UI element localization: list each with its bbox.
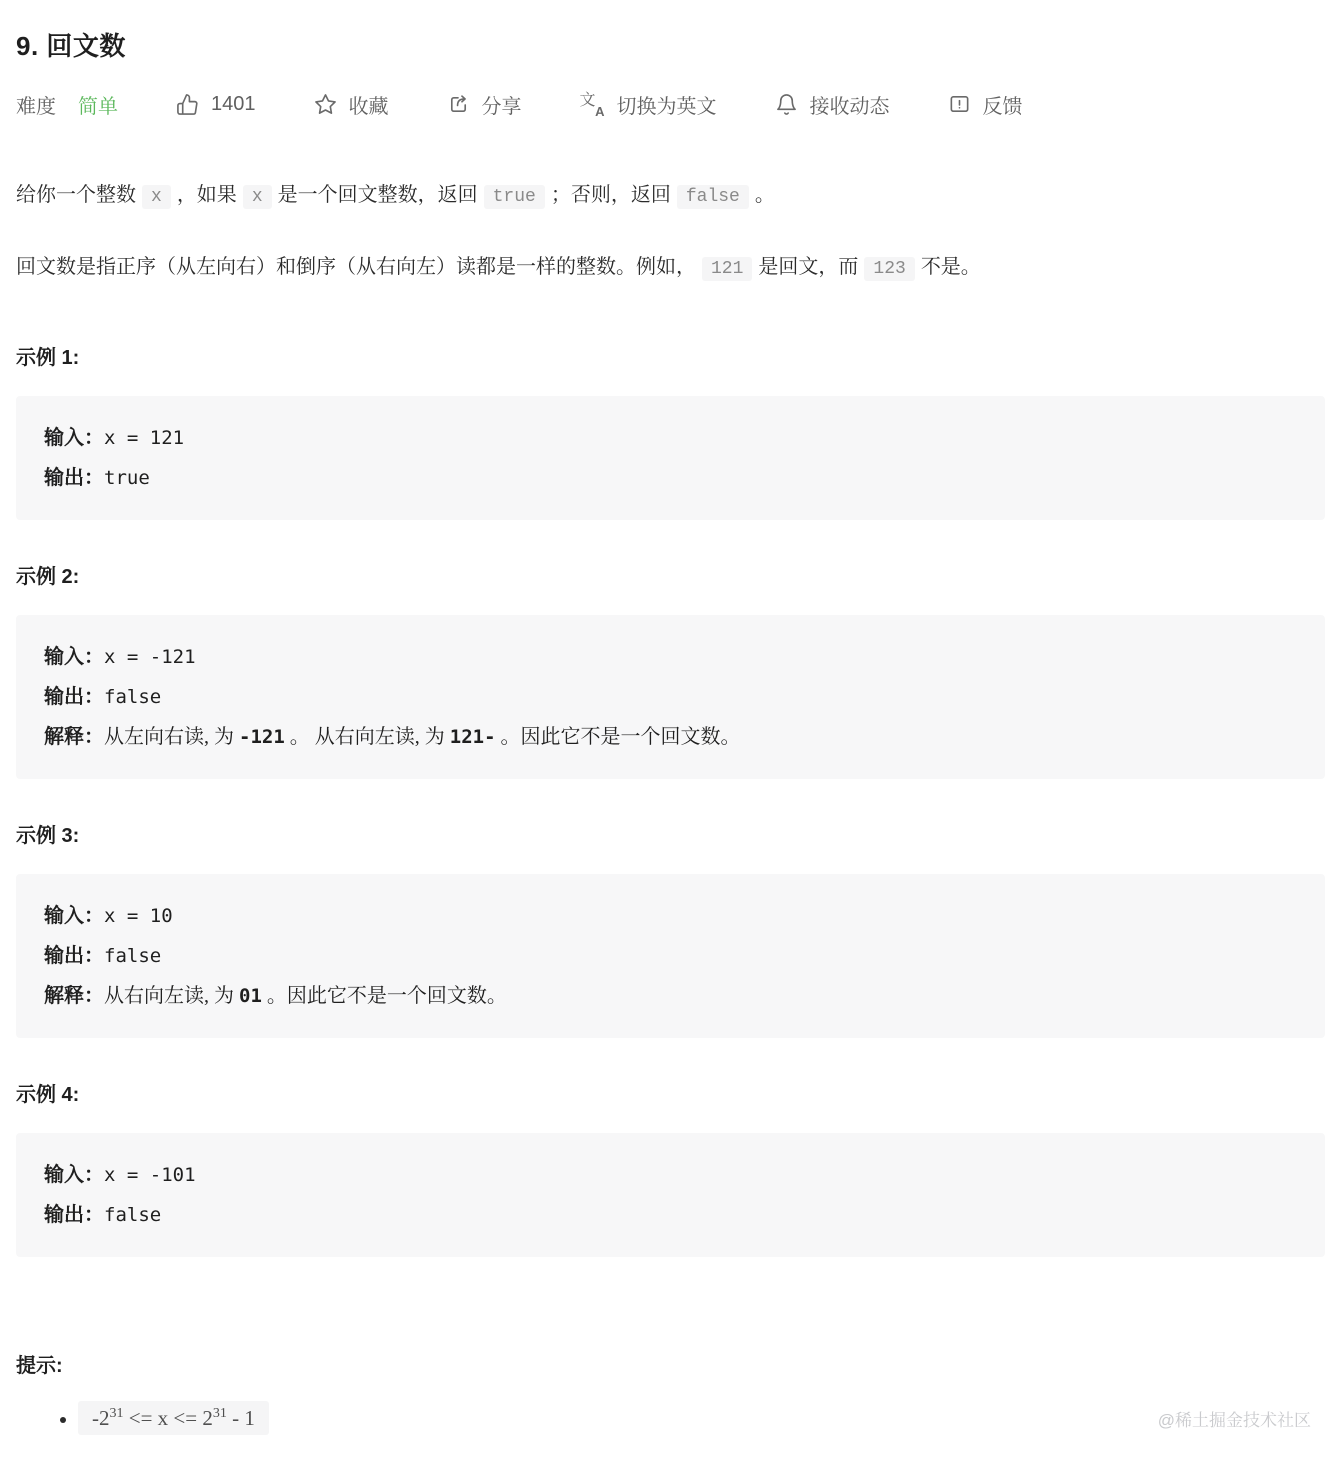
like-count: 1401	[211, 93, 256, 116]
example-code-block: 输入：x = 10 输出：false 解释：从右向左读, 为 01 。因此它不是…	[16, 874, 1325, 1038]
example-title: 示例 1:	[16, 341, 1325, 370]
bell-icon	[775, 93, 798, 116]
inline-code-true: true	[484, 185, 545, 209]
watermark: @稀土掘金技术社区	[1158, 1406, 1311, 1431]
feedback-icon	[948, 93, 971, 116]
inline-code-x: x	[142, 185, 171, 209]
output-line: 输出：true	[44, 458, 1297, 498]
example-section-1: 示例 1: 输入：x = 121 输出：true	[16, 341, 1325, 520]
inline-code-121: 121	[702, 257, 752, 281]
explanation-line: 解释：从右向左读, 为 01 。因此它不是一个回文数。	[44, 976, 1297, 1016]
text-segment: 是一个回文整数，返回	[278, 184, 478, 206]
example-title: 示例 3:	[16, 819, 1325, 848]
input-value: x = -101	[104, 1164, 196, 1186]
constraints-list: -231 <= x <= 231 - 1	[16, 1406, 1325, 1431]
inline-code-x: x	[243, 185, 272, 209]
output-value: false	[104, 1204, 161, 1226]
switch-language-button[interactable]: 文 A 切换为英文	[580, 90, 717, 119]
text-segment: ；否则，返回	[551, 184, 671, 206]
examples-list: 示例 1: 输入：x = 121 输出：true 示例 2: 输入：x = -1…	[16, 341, 1325, 1257]
output-line: 输出：false	[44, 677, 1297, 717]
input-line: 输入：x = 10	[44, 896, 1297, 936]
explanation-value: 01	[239, 985, 262, 1007]
constraint-expression: -231 <= x <= 231 - 1	[78, 1401, 269, 1435]
output-label: 输出：	[44, 467, 104, 489]
inline-code-123: 123	[864, 257, 914, 281]
share-icon	[447, 93, 470, 116]
explanation-line: 解释：从左向右读, 为 -121 。 从右向左读, 为 121- 。因此它不是一…	[44, 717, 1297, 757]
subscribe-button[interactable]: 接收动态	[775, 90, 890, 119]
input-label: 输入：	[44, 646, 104, 668]
output-label: 输出：	[44, 686, 104, 708]
input-value: x = 10	[104, 905, 173, 927]
favorite-button[interactable]: 收藏	[314, 90, 389, 119]
share-label: 分享	[482, 90, 522, 119]
translate-icon: 文 A	[580, 93, 605, 117]
problem-page: 9. 回文数 难度 简单 1401 收藏	[0, 0, 1341, 1431]
feedback-button[interactable]: 反馈	[948, 90, 1023, 119]
input-label: 输入：	[44, 1164, 104, 1186]
output-value: false	[104, 945, 161, 967]
like-button[interactable]: 1401	[176, 93, 256, 116]
problem-description: 给你一个整数x，如果x是一个回文整数，返回true；否则，返回false。 回文…	[16, 179, 1325, 285]
explanation-text: 。 从右向左读, 为	[285, 726, 450, 748]
text-segment: ，如果	[177, 184, 237, 206]
input-label: 输入：	[44, 427, 104, 449]
output-line: 输出：false	[44, 1195, 1297, 1235]
favorite-label: 收藏	[349, 90, 389, 119]
constraints-title: 提示:	[16, 1349, 1325, 1378]
input-line: 输入：x = -121	[44, 637, 1297, 677]
example-section-3: 示例 3: 输入：x = 10 输出：false 解释：从右向左读, 为 01 …	[16, 819, 1325, 1038]
example-section-4: 示例 4: 输入：x = -101 输出：false	[16, 1078, 1325, 1257]
explanation-text: 从左向右读, 为	[104, 726, 239, 748]
example-section-2: 示例 2: 输入：x = -121 输出：false 解释：从左向右读, 为 -…	[16, 560, 1325, 779]
input-value: x = -121	[104, 646, 196, 668]
statement-paragraph-2: 回文数是指正序（从左向右）和倒序（从右向左）读都是一样的整数。例如，121是回文…	[16, 251, 1325, 285]
output-label: 输出：	[44, 945, 104, 967]
constraints-section: 提示: -231 <= x <= 231 - 1	[16, 1349, 1325, 1431]
explanation-text: 从右向左读, 为	[104, 985, 239, 1007]
input-line: 输入：x = -101	[44, 1155, 1297, 1195]
page-title: 9. 回文数	[16, 0, 1325, 63]
inline-code-false: false	[677, 185, 749, 209]
input-label: 输入：	[44, 905, 104, 927]
example-title: 示例 4:	[16, 1078, 1325, 1107]
explanation-value: 121-	[450, 726, 496, 748]
input-value: x = 121	[104, 427, 184, 449]
difficulty-label: 难度	[16, 90, 56, 119]
constraint-item: -231 <= x <= 231 - 1	[78, 1406, 1325, 1431]
explanation-text: 。因此它不是一个回文数。	[262, 985, 507, 1007]
output-value: false	[104, 686, 161, 708]
example-title: 示例 2:	[16, 560, 1325, 589]
output-line: 输出：false	[44, 936, 1297, 976]
star-icon	[314, 93, 337, 116]
difficulty-value: 简单	[78, 90, 118, 119]
explanation-label: 解释：	[44, 726, 104, 748]
explanation-label: 解释：	[44, 985, 104, 1007]
example-code-block: 输入：x = 121 输出：true	[16, 396, 1325, 520]
subscribe-label: 接收动态	[810, 90, 890, 119]
example-code-block: 输入：x = -101 输出：false	[16, 1133, 1325, 1257]
example-code-block: 输入：x = -121 输出：false 解释：从左向右读, 为 -121 。 …	[16, 615, 1325, 779]
explanation-value: -121	[239, 726, 285, 748]
toolbar: 难度 简单 1401 收藏 分享	[16, 90, 1325, 119]
input-line: 输入：x = 121	[44, 418, 1297, 458]
difficulty: 难度 简单	[16, 90, 118, 119]
feedback-label: 反馈	[983, 90, 1023, 119]
thumbs-up-icon	[176, 93, 199, 116]
output-label: 输出：	[44, 1204, 104, 1226]
exponent: 31	[213, 1406, 227, 1421]
explanation-text: 。因此它不是一个回文数。	[496, 726, 741, 748]
output-value: true	[104, 467, 150, 489]
text-segment: 回文数是指正序（从左向右）和倒序（从右向左）读都是一样的整数。例如，	[16, 256, 696, 278]
statement-paragraph-1: 给你一个整数x，如果x是一个回文整数，返回true；否则，返回false。	[16, 179, 1325, 213]
text-segment: 是回文，而	[758, 256, 858, 278]
text-segment: 给你一个整数	[16, 184, 136, 206]
text-segment: 不是。	[921, 256, 981, 278]
exponent: 31	[110, 1406, 124, 1421]
switch-language-label: 切换为英文	[617, 90, 717, 119]
text-segment: 。	[755, 184, 775, 206]
share-button[interactable]: 分享	[447, 90, 522, 119]
